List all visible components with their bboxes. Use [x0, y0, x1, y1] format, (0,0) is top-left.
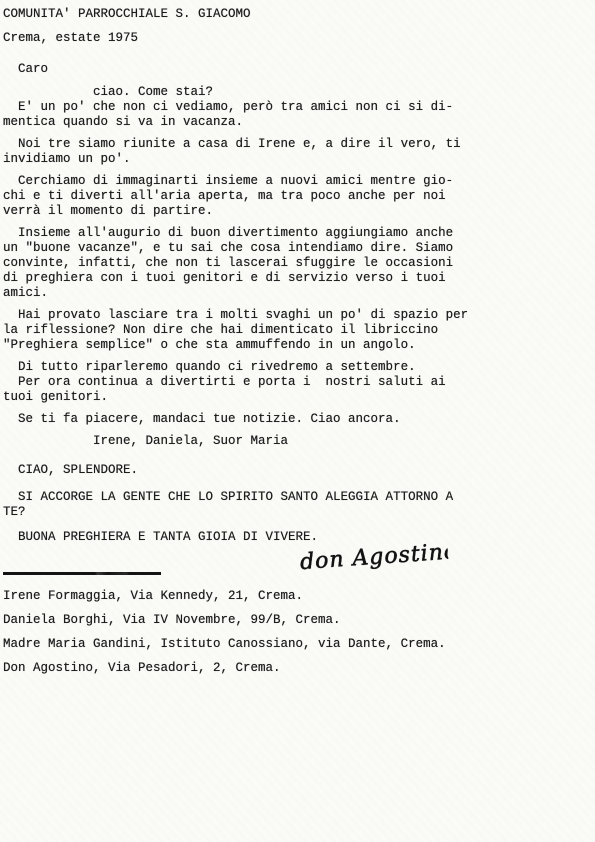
salutation: Caro	[3, 62, 595, 77]
letter-line: E' un po' che non ci vediamo, però tra a…	[3, 100, 595, 115]
letter-line: Se ti fa piacere, mandaci tue notizie. C…	[3, 412, 595, 427]
signoff-names: Irene, Daniela, Suor Maria	[3, 434, 595, 449]
paragraph: Di tutto riparleremo quando ci rivedremo…	[3, 360, 595, 405]
letter-line: mentica quando si va in vacanza.	[3, 115, 595, 130]
contact-line: Daniela Borghi, Via IV Novembre, 99/B, C…	[3, 608, 595, 632]
paragraph: ciao. Come stai? E' un po' che non ci ve…	[3, 85, 595, 130]
letter-line: tuoi genitori.	[3, 390, 595, 405]
letter-body: ciao. Come stai? E' un po' che non ci ve…	[3, 85, 595, 427]
letter-line: ciao. Come stai?	[3, 85, 595, 100]
signature-ink: don Agostino	[297, 529, 450, 583]
paragraph: Se ti fa piacere, mandaci tue notizie. C…	[3, 412, 595, 427]
letter-line: Insieme all'augurio di buon divertimento…	[3, 226, 595, 241]
letter-line: Per ora continua a divertirti e porta i …	[3, 375, 595, 390]
postscript-line: CIAO, SPLENDORE.	[3, 463, 595, 478]
letter-line: convinte, infatti, che non ti lascerai s…	[3, 256, 595, 271]
letter-line: chi e ti diverti all'aria aperta, ma tra…	[3, 189, 595, 204]
svg-text:don Agostino: don Agostino	[299, 539, 449, 575]
letter-line: verrà il momento di partire.	[3, 204, 595, 219]
handwritten-signature: don Agostino	[297, 529, 450, 587]
paragraph: Hai provato lasciare tra i molti svaghi …	[3, 308, 595, 353]
paragraph: SI ACCORGE LA GENTE CHE LO SPIRITO SANTO…	[3, 490, 595, 520]
paragraph: Cerchiamo di immaginarti insieme a nuovi…	[3, 174, 595, 219]
letter-line: Hai provato lasciare tra i molti svaghi …	[3, 308, 595, 323]
letter-line: di preghiera con i tuoi genitori e di se…	[3, 271, 595, 286]
postscript-line: TE?	[3, 505, 595, 520]
letter-line: Di tutto riparleremo quando ci rivedremo…	[3, 360, 595, 375]
contact-line: Don Agostino, Via Pesadori, 2, Crema.	[3, 656, 595, 680]
letter-line: un "buone vacanze", e tu sai che cosa in…	[3, 241, 595, 256]
organization-name: COMUNITA' PARROCCHIALE S. GIACOMO	[3, 6, 595, 22]
place-date-line: Crema, estate 1975	[3, 30, 595, 46]
letter-line: la riflessione? Non dire che hai dimenti…	[3, 323, 595, 338]
postscript-line: SI ACCORGE LA GENTE CHE LO SPIRITO SANTO…	[3, 490, 595, 505]
contact-list: Irene Formaggia, Via Kennedy, 21, Crema.…	[3, 584, 595, 680]
contact-line: Irene Formaggia, Via Kennedy, 21, Crema.	[3, 584, 595, 608]
letter-line: amici.	[3, 286, 595, 301]
paragraph: Insieme all'augurio di buon divertimento…	[3, 226, 595, 301]
paragraph: Noi tre siamo riunite a casa di Irene e,…	[3, 137, 595, 167]
postscript-block: CIAO, SPLENDORE. SI ACCORGE LA GENTE CHE…	[3, 463, 595, 545]
contact-line: Madre Maria Gandini, Istituto Canossiano…	[3, 632, 595, 656]
paragraph: CIAO, SPLENDORE.	[3, 463, 595, 478]
letter-line: "Preghiera semplice" o che sta ammuffend…	[3, 338, 595, 353]
separator-line	[3, 572, 161, 575]
letter-line: invidiamo un po'.	[3, 152, 595, 167]
letter-line: Noi tre siamo riunite a casa di Irene e,…	[3, 137, 595, 152]
letter-line: Cerchiamo di immaginarti insieme a nuovi…	[3, 174, 595, 189]
letter-page: COMUNITA' PARROCCHIALE S. GIACOMO Crema,…	[0, 0, 595, 842]
